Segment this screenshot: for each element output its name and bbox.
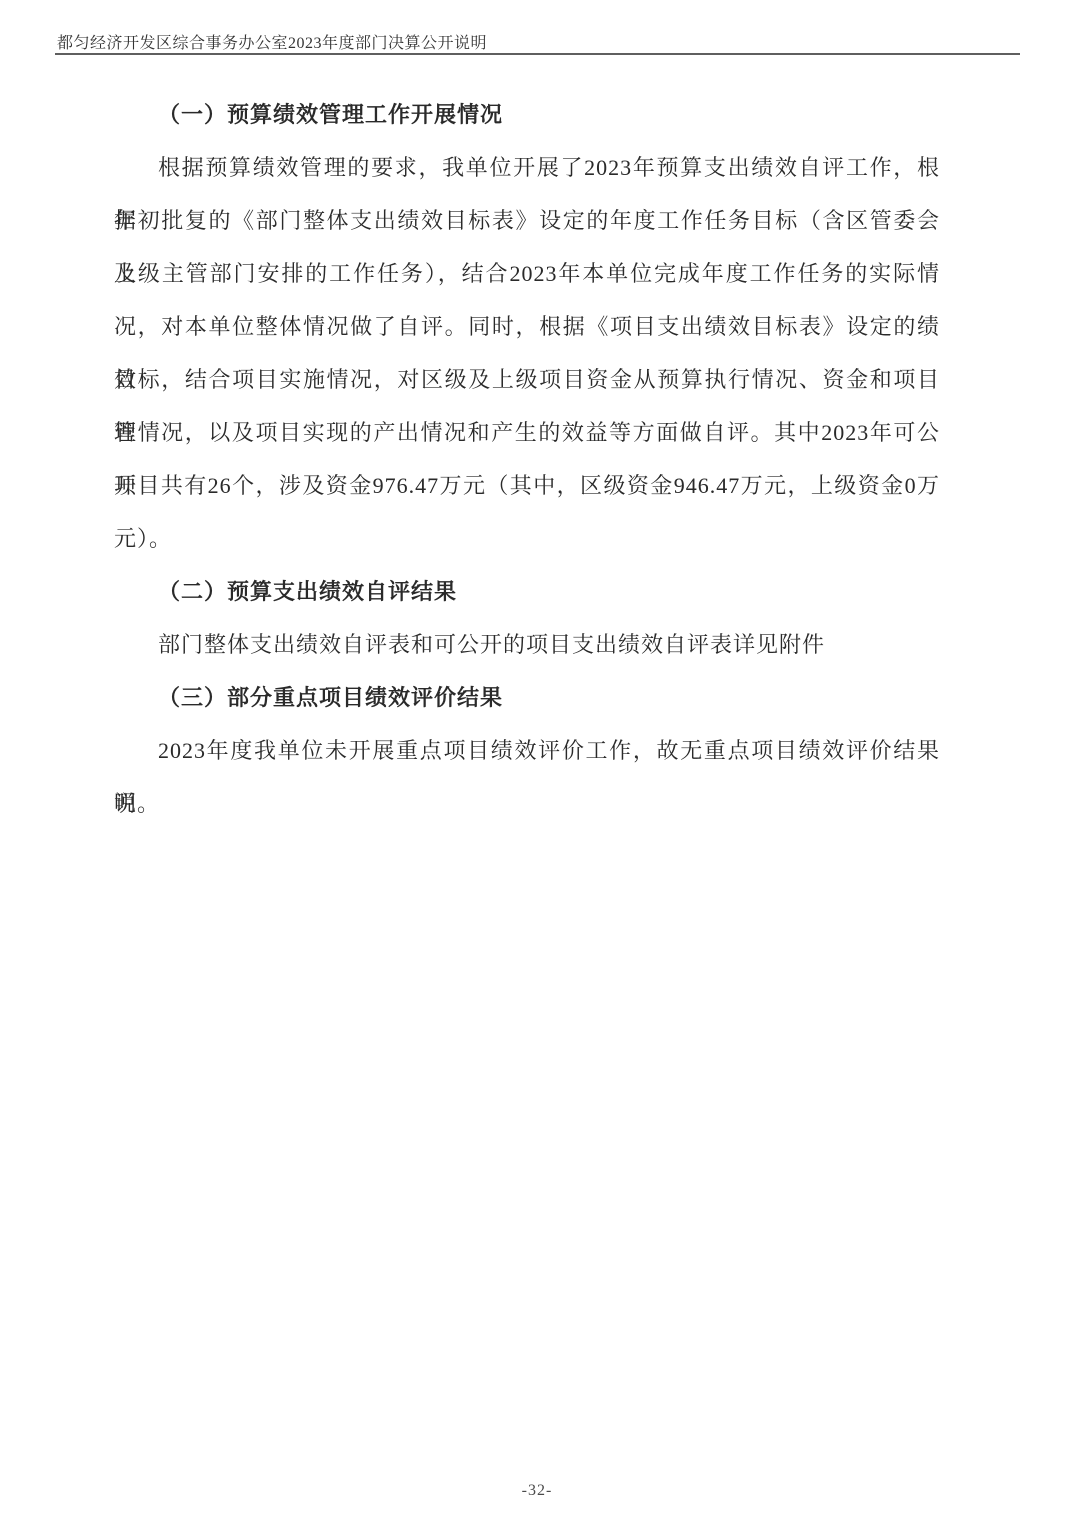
section-heading-1: （一）预算绩效管理工作开展情况	[114, 88, 940, 141]
paragraph-1-line-4: 况，对本单位整体情况做了自评。同时，根据《项目支出绩效目标表》设定的绩效	[114, 300, 940, 353]
paragraph-1-line-5: 目标，结合项目实施情况，对区级及上级项目资金从预算执行情况、资金和项目管	[114, 353, 940, 406]
paragraph-1-line-8: 元）。	[114, 512, 940, 565]
page-header-title: 都匀经济开发区综合事务办公室2023年度部门决算公开说明	[57, 30, 487, 53]
header-divider-line	[55, 53, 1020, 55]
paragraph-1-line-3: 上级主管部门安排的工作任务），结合2023年本单位完成年度工作任务的实际情	[114, 247, 940, 300]
section-heading-2: （二）预算支出绩效自评结果	[114, 565, 940, 618]
paragraph-3-line-1: 2023年度我单位未开展重点项目绩效评价工作，故无重点项目绩效评价结果说	[114, 724, 940, 777]
paragraph-1-line-6: 理情况，以及项目实现的产出情况和产生的效益等方面做自评。其中2023年可公开	[114, 406, 940, 459]
page-number: -32-	[0, 1482, 1074, 1500]
paragraph-2-line-1: 部门整体支出绩效自评表和可公开的项目支出绩效自评表详见附件	[114, 618, 940, 671]
section-heading-3: （三）部分重点项目绩效评价结果	[114, 671, 940, 724]
paragraph-1-line-7: 项目共有26个，涉及资金976.47万元（其中，区级资金946.47万元，上级资…	[114, 459, 940, 512]
paragraph-1-line-1: 根据预算绩效管理的要求，我单位开展了2023年预算支出绩效自评工作，根据	[114, 141, 940, 194]
paragraph-3-line-2: 明。	[114, 777, 940, 830]
paragraph-1-line-2: 年初批复的《部门整体支出绩效目标表》设定的年度工作任务目标（含区管委会及	[114, 194, 940, 247]
document-page: 都匀经济开发区综合事务办公室2023年度部门决算公开说明 （一）预算绩效管理工作…	[0, 0, 1074, 1520]
document-body: （一）预算绩效管理工作开展情况 根据预算绩效管理的要求，我单位开展了2023年预…	[114, 88, 940, 830]
